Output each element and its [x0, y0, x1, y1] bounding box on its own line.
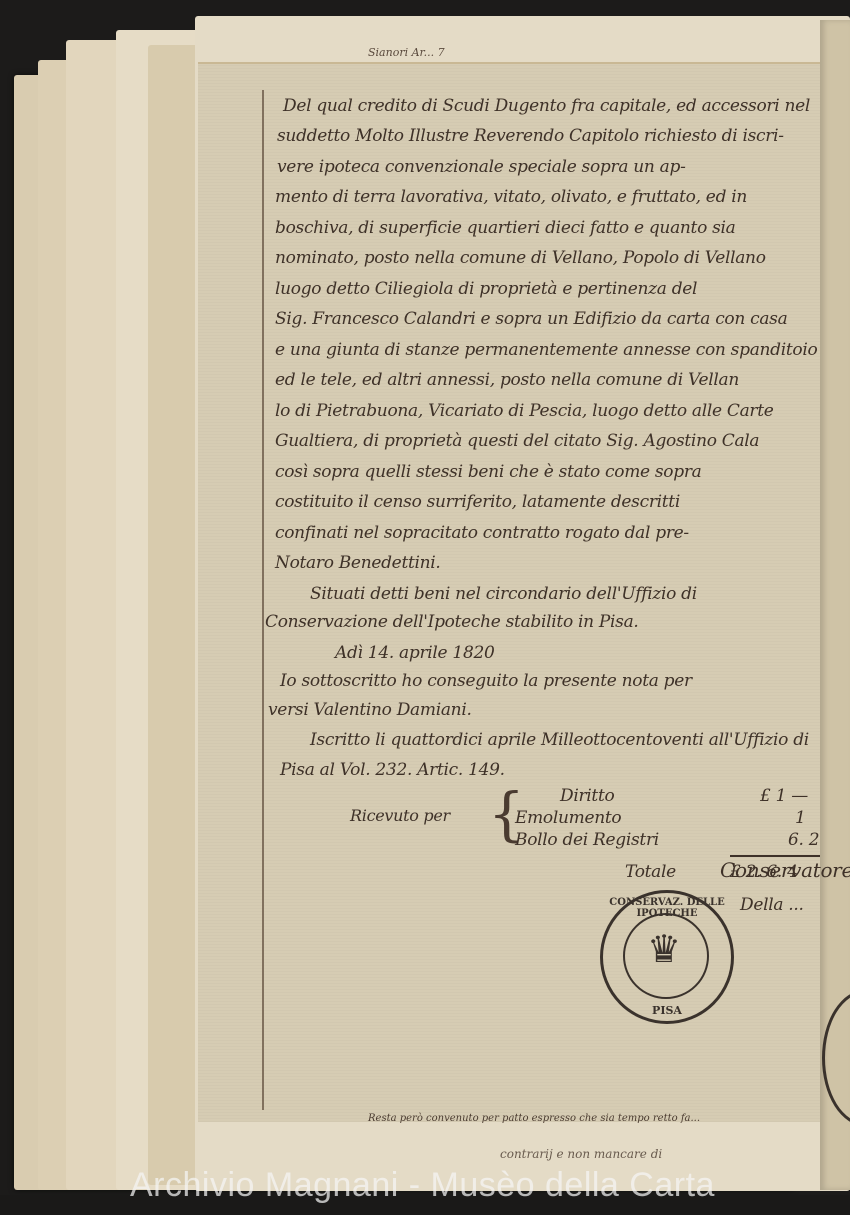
fees-label: Ricevuto per	[350, 806, 450, 825]
registration-line: Pisa al Vol. 232. Artic. 149.	[280, 760, 505, 780]
seal-inner-ring: ♛	[623, 913, 709, 999]
archive-watermark: Archivio Magnani - Musèo della Carta	[130, 1166, 715, 1205]
body-line: mento di terra lavorativa, vitato, oliva…	[275, 187, 747, 207]
footnote: Resta però convenuto per patto espresso …	[368, 1113, 700, 1124]
date-line: Adì 14. aprile 1820	[335, 643, 495, 663]
footnote-continuation: contrarij e non mancare di	[500, 1147, 662, 1161]
fee-item-amount: 1	[795, 808, 806, 828]
fee-item-name: Bollo dei Registri	[515, 830, 659, 850]
body-line: Del qual credito di Scudi Dugento fra ca…	[283, 96, 810, 116]
body-line: ed le tele, ed altri annessi, posto nell…	[275, 370, 739, 390]
body-line: Sig. Francesco Calandri e sopra un Edifi…	[275, 309, 787, 329]
fee-item-name: Diritto	[560, 786, 614, 806]
total-label: Totale	[625, 862, 676, 882]
receipt-line: versi Valentino Damiani.	[268, 700, 472, 720]
body-line: e una giunta di stanze permanentemente a…	[275, 340, 817, 360]
situation-line: Situati detti beni nel circondario dell'…	[310, 584, 697, 604]
body-line: suddetto Molto Illustre Reverendo Capito…	[277, 126, 784, 146]
body-line: confinati nel sopracitato contratto roga…	[275, 523, 689, 543]
margin-rule	[262, 90, 264, 1110]
registration-line: Iscritto li quattordici aprile Milleotto…	[310, 730, 809, 750]
body-line: costituito il censo surriferito, latamen…	[275, 492, 680, 512]
body-line: nominato, posto nella comune di Vellano,…	[275, 248, 766, 268]
situation-line: Conservazione dell'Ipoteche stabilito in…	[265, 612, 639, 632]
body-line: vere ipoteca convenzionale speciale sopr…	[277, 157, 686, 177]
body-line: boschiva, di superficie quartieri dieci …	[275, 218, 736, 238]
sum-rule	[730, 855, 820, 857]
signature-name: Della ...	[740, 895, 804, 915]
body-line: Notaro Benedettini.	[275, 553, 441, 573]
seal-text-bottom: PISA	[603, 1004, 731, 1017]
body-line: luogo detto Ciliegiola di proprietà e pe…	[275, 279, 697, 299]
body-line: Gualtiera, di proprietà questi del citat…	[275, 431, 759, 451]
body-line: così sopra quelli stessi beni che è stat…	[275, 462, 701, 482]
conservatoria-seal: CONSERVAZ. DELLE IPOTECHE ♛ PISA	[600, 890, 734, 1024]
fee-item-amount: £ 1 —	[760, 786, 808, 806]
fee-item-amount: 6. 2	[788, 830, 819, 850]
fee-item-name: Emolumento	[515, 808, 621, 828]
signature-title: Conservatore	[720, 858, 850, 882]
body-line: lo di Pietrabuona, Vicariato di Pescia, …	[275, 401, 774, 421]
receipt-line: Io sottoscritto ho conseguito la present…	[280, 671, 692, 691]
crown-crest-icon: ♛	[647, 927, 681, 971]
header-note: Sianori Ar... 7	[368, 46, 445, 59]
